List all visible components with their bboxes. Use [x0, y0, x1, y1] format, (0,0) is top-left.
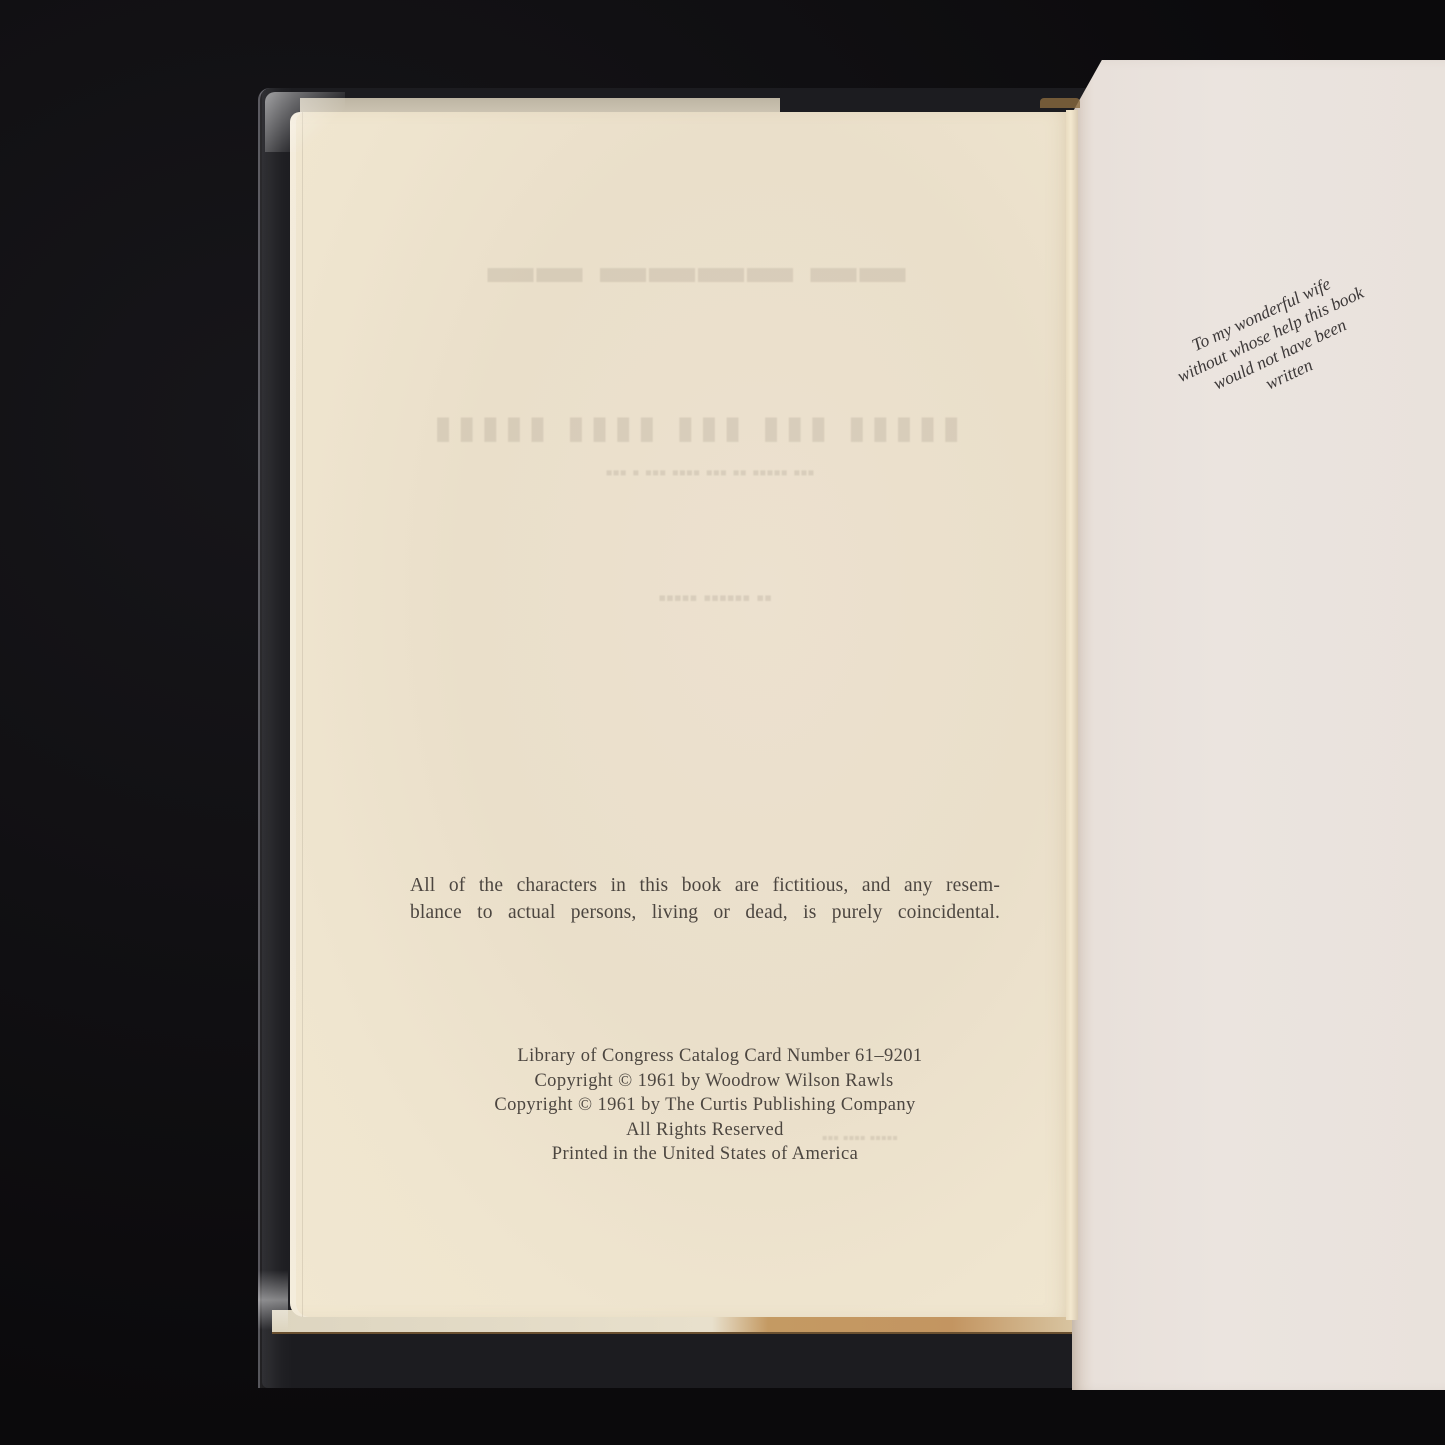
show-through-title: ▮▮▮▮▮ ▮▮▮ ▮▮▮ ▮▮▮▮ ▮▮▮▮▮	[460, 408, 960, 446]
book-photo-scene: ▬▬ ▬▬▬▬ ▬▬ ▮▮▮▮▮ ▮▮▮ ▮▮▮ ▮▮▮▮ ▮▮▮▮▮ ▪▪▪ …	[0, 0, 1445, 1445]
spine-edge	[1040, 98, 1080, 108]
book-gutter	[1066, 110, 1078, 1320]
copyright-author: Copyright © 1961 by Woodrow Wilson Rawls	[440, 1069, 970, 1094]
mylar-glint	[265, 92, 345, 152]
show-through-author: ▪▪ ▪▪▪▪▪▪ ▪▪▪▪▪	[590, 585, 840, 611]
mylar-glint	[258, 1270, 288, 1330]
fiction-disclaimer: All of the characters in this book are f…	[410, 872, 1000, 926]
show-through-subtitle: ▪▪▪ ▪▪▪▪▪ ▪▪ ▪▪▪ ▪▪▪▪ ▪▪▪ ▪ ▪▪▪	[520, 462, 900, 485]
copyright-publisher: Copyright © 1961 by The Curtis Publishin…	[440, 1093, 970, 1118]
rights-reserved: All Rights Reserved	[440, 1118, 970, 1143]
catalog-card-number: Library of Congress Catalog Card Number …	[440, 1044, 970, 1069]
printed-in: Printed in the United States of America	[440, 1142, 970, 1167]
copyright-notice: Library of Congress Catalog Card Number …	[440, 1044, 970, 1167]
disclaimer-line: All of the characters in this book are f…	[410, 872, 1000, 899]
show-through-logo: ▬▬ ▬▬▬▬ ▬▬	[455, 240, 935, 293]
right-page	[1072, 60, 1445, 1390]
disclaimer-line: blance to actual persons, living or dead…	[410, 899, 1000, 926]
